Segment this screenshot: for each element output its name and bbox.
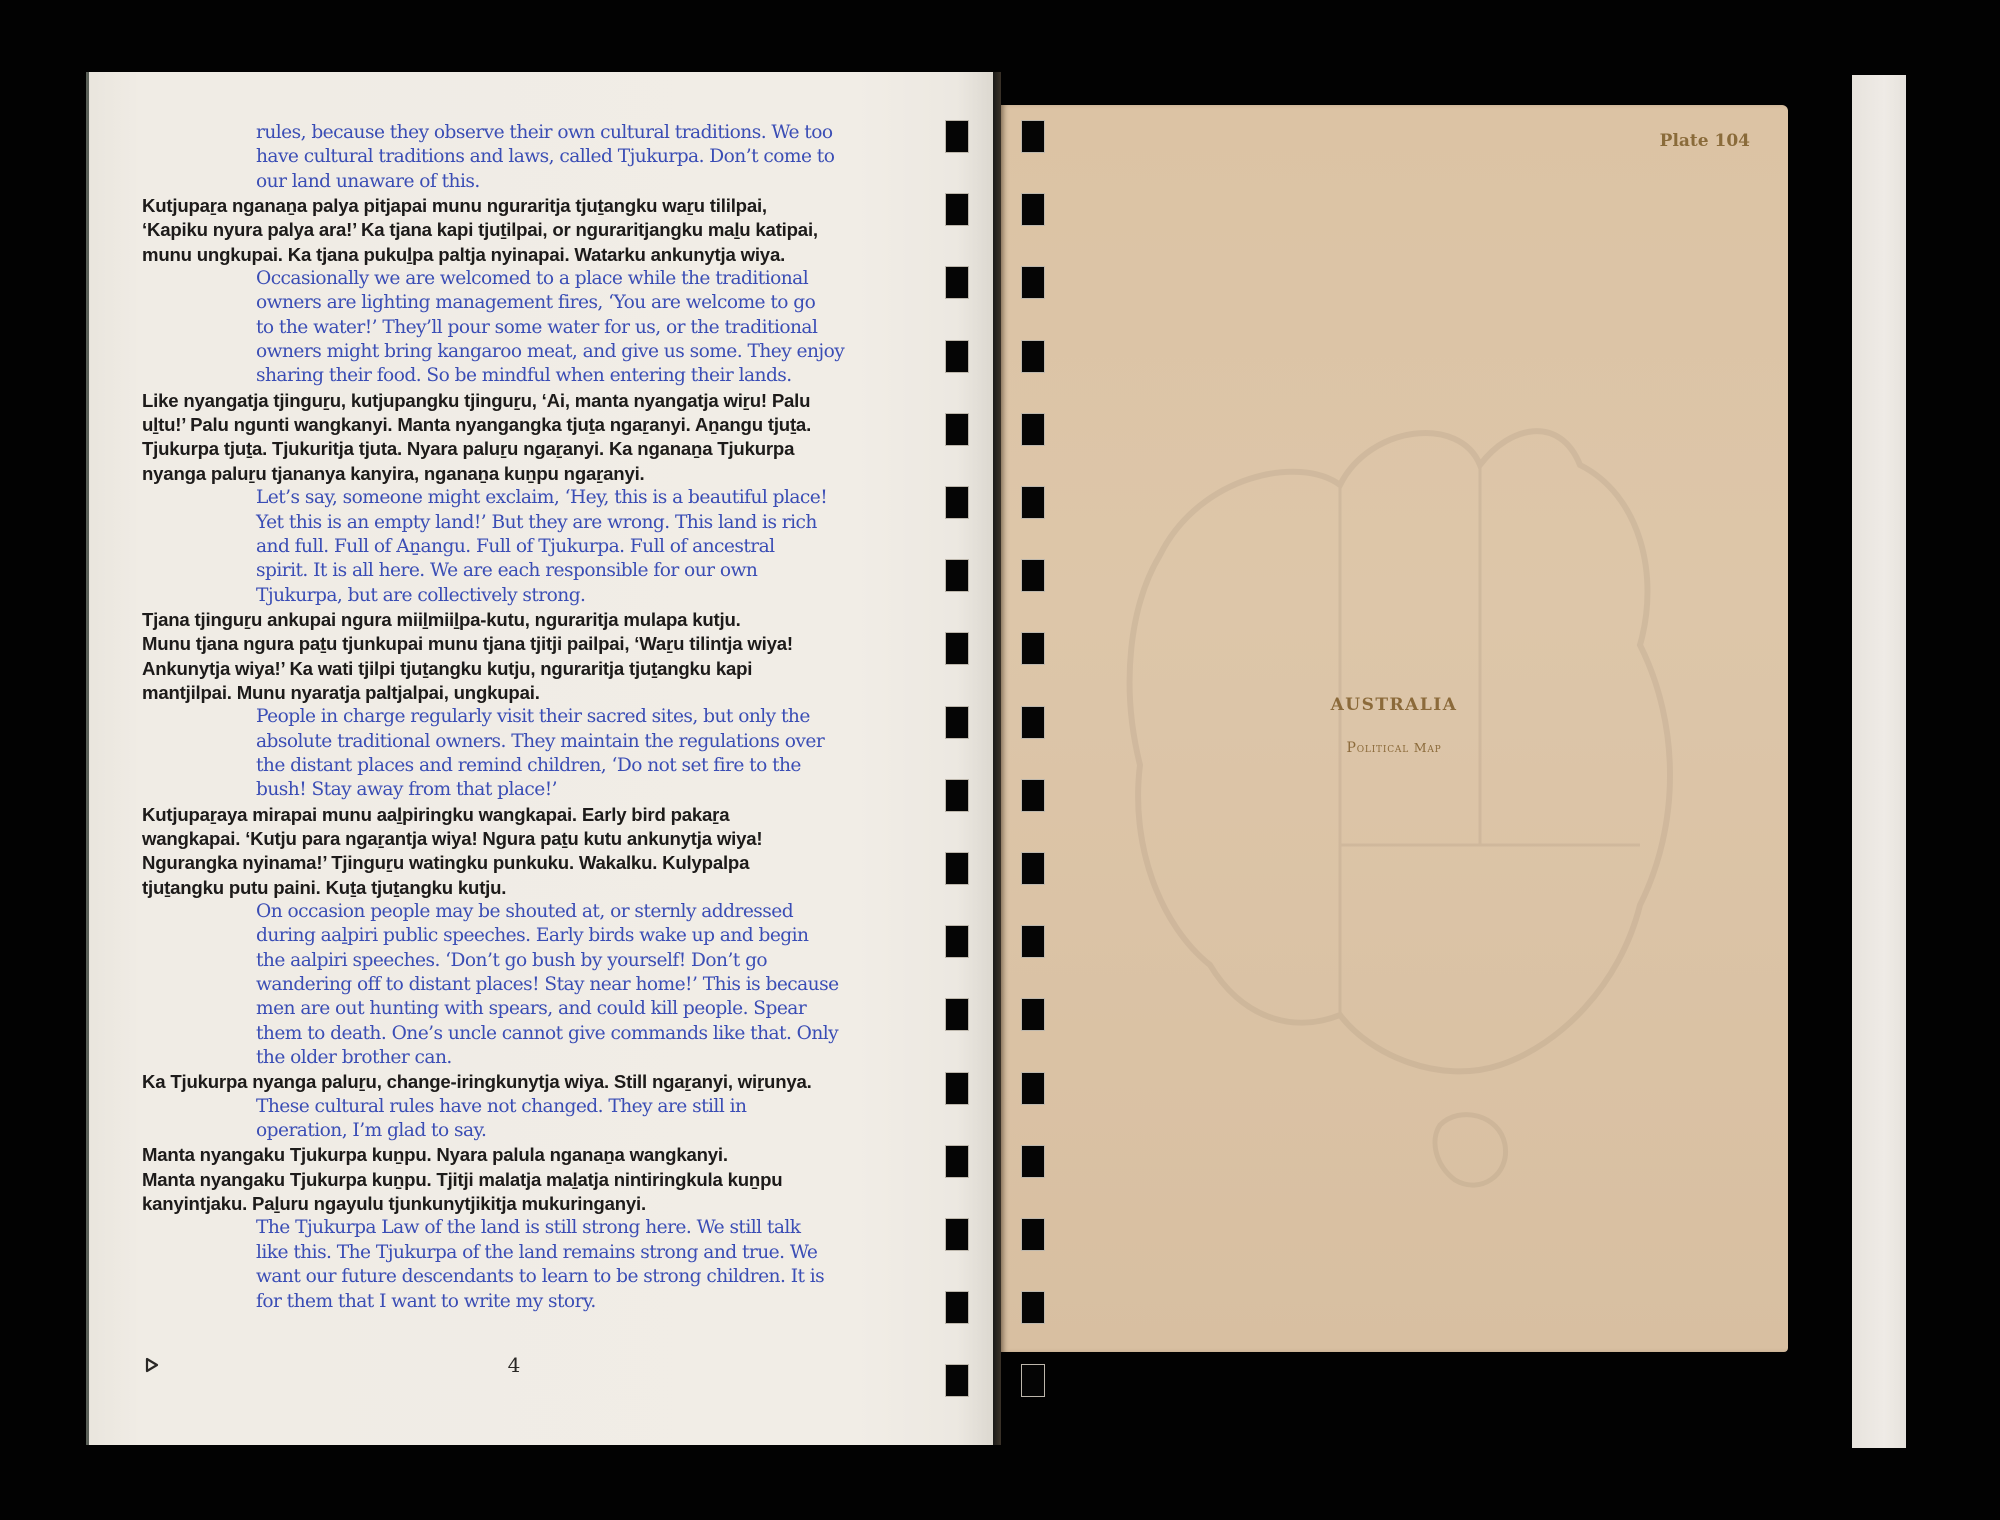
text-line: men are out hunting with spears, and cou…	[142, 997, 982, 1021]
text-line: wandering off to distant places! Stay ne…	[142, 973, 982, 997]
binding-hole	[946, 341, 968, 372]
text-line: owners might bring kangaroo meat, and gi…	[142, 340, 982, 364]
map-title: AUSTRALIA	[1000, 695, 1788, 715]
page-number: 4	[504, 1353, 524, 1377]
binding-hole	[946, 1365, 968, 1396]
english-paragraph: People in charge regularly visit their s…	[142, 705, 982, 802]
text-line: Tjukurpa, but are collectively strong.	[142, 584, 982, 608]
text-line: mantjilpai. Munu nyaratja paltjalpai, un…	[142, 681, 982, 705]
text-line: owners are lighting management fires, ‘Y…	[142, 291, 982, 315]
text-line: Yet this is an empty land!’ But they are…	[142, 511, 982, 535]
binding-hole	[1022, 1292, 1044, 1323]
binding-hole	[946, 560, 968, 591]
binding-hole	[946, 999, 968, 1030]
faint-map-outline	[1040, 225, 1740, 1305]
binding-hole	[1022, 414, 1044, 445]
text-line: want our future descendants to learn to …	[142, 1265, 982, 1289]
text-line: kanyintjaku. Paḻuru ngayulu tjunkunytjik…	[142, 1192, 982, 1216]
binding-hole	[946, 853, 968, 884]
text-line: Like nyangatja tjinguṟu, kutjupangku tji…	[142, 389, 982, 413]
text-line: Tjukurpa tjuṯa. Tjukuritja tjuta. Nyara …	[142, 437, 982, 461]
binding-hole	[946, 414, 968, 445]
binding-hole	[1022, 780, 1044, 811]
text-line: spirit. It is all here. We are each resp…	[142, 559, 982, 583]
text-line: tjuṯangku putu paini. Kuṯa tjuṯangku kut…	[142, 876, 982, 900]
binding-hole	[1022, 1146, 1044, 1177]
pitjantjatjara-paragraph: Ka Tjukurpa nyanga paluṟu, change-iringk…	[142, 1070, 982, 1094]
binding-hole	[946, 194, 968, 225]
text-line: Ankunytja wiya!’ Ka wati tjilpi tjuṯangk…	[142, 657, 982, 681]
triangle-right-outline-icon	[144, 1356, 160, 1374]
text-line: absolute traditional owners. They mainta…	[142, 730, 982, 754]
underlying-page-edge	[1852, 75, 1906, 1448]
pitjantjatjara-paragraph: Kutjupaṟaya mirapai munu aaḻpiringku wan…	[142, 803, 982, 900]
text-line: for them that I want to write my story.	[142, 1290, 982, 1314]
binding-hole	[946, 780, 968, 811]
map-subtitle: Political Map	[1000, 740, 1788, 756]
english-paragraph: Occasionally we are welcomed to a place …	[142, 267, 982, 389]
text-line: wangkapai. ‘Kutju para ngaṟantja wiya! N…	[142, 827, 982, 851]
text-line: Tjana tjinguṟu ankupai ngura miiḻmiiḻpa-…	[142, 608, 982, 632]
binding-hole	[946, 633, 968, 664]
text-line: the aalpiri speeches. ‘Don’t go bush by …	[142, 949, 982, 973]
text-line: the older brother can.	[142, 1046, 982, 1070]
text-line: Let’s say, someone might exclaim, ‘Hey, …	[142, 486, 982, 510]
text-line: and full. Full of Aṉangu. Full of Tjukur…	[142, 535, 982, 559]
binding-hole	[946, 1292, 968, 1323]
binding-hole	[1022, 560, 1044, 591]
pitjantjatjara-paragraph: Manta nyangaku Tjukurpa kuṉpu. Nyara pal…	[142, 1143, 982, 1216]
text-line: sharing their food. So be mindful when e…	[142, 364, 982, 388]
binding-hole	[1022, 926, 1044, 957]
text-line: Ka Tjukurpa nyanga paluṟu, change-iringk…	[142, 1070, 982, 1094]
english-paragraph: Let’s say, someone might exclaim, ‘Hey, …	[142, 486, 982, 608]
text-line: nyanga paluṟu tjananya kanyira, nganaṉa …	[142, 462, 982, 486]
binding-hole	[1022, 1073, 1044, 1104]
text-line: them to death. One’s uncle cannot give c…	[142, 1022, 982, 1046]
binding-hole	[946, 121, 968, 152]
binding-hole	[1022, 633, 1044, 664]
text-line: On occasion people may be shouted at, or…	[142, 900, 982, 924]
text-line: These cultural rules have not changed. T…	[142, 1095, 982, 1119]
text-line: Occasionally we are welcomed to a place …	[142, 267, 982, 291]
text-line: ‘Kapiku nyura palya ara!’ Ka tjana kapi …	[142, 218, 982, 242]
text-page: rules, because they observe their own cu…	[86, 72, 993, 1445]
binding-hole	[1022, 194, 1044, 225]
binding-hole	[1022, 707, 1044, 738]
text-line: Manta nyangaku Tjukurpa kuṉpu. Nyara pal…	[142, 1143, 982, 1167]
text-line: operation, I’m glad to say.	[142, 1119, 982, 1143]
binding-hole	[946, 707, 968, 738]
english-paragraph: rules, because they observe their own cu…	[142, 121, 982, 194]
text-line: during aaḻpiri public speeches. Early bi…	[142, 924, 982, 948]
text-line: bush! Stay away from that place!’	[142, 778, 982, 802]
text-line: Ngurangka nyinama!’ Tjinguṟu watingku pu…	[142, 851, 982, 875]
binding-hole	[946, 487, 968, 518]
binding-hole	[946, 1073, 968, 1104]
binding-hole	[1022, 121, 1044, 152]
english-paragraph: On occasion people may be shouted at, or…	[142, 900, 982, 1070]
binding-hole	[1022, 853, 1044, 884]
binding-hole	[1022, 1219, 1044, 1250]
pitjantjatjara-paragraph: Tjana tjinguṟu ankupai ngura miiḻmiiḻpa-…	[142, 608, 982, 705]
text-line: munu ungkupai. Ka tjana pukuḻpa paltja n…	[142, 243, 982, 267]
text-line: uḻtu!’ Palu ngunti wangkanyi. Manta nyan…	[142, 413, 982, 437]
text-line: the distant places and remind children, …	[142, 754, 982, 778]
pitjantjatjara-paragraph: Kutjupaṟa nganaṉa palya pitjapai munu ng…	[142, 194, 982, 267]
text-line: Kutjupaṟa nganaṉa palya pitjapai munu ng…	[142, 194, 982, 218]
binding-hole	[1022, 999, 1044, 1030]
bilingual-text-column: rules, because they observe their own cu…	[142, 121, 982, 1314]
map-plate-page: Plate 104 AUSTRALIA Political Map	[1000, 105, 1788, 1352]
plate-number-label: Plate 104	[1660, 131, 1750, 151]
text-line: have cultural traditions and laws, calle…	[142, 145, 982, 169]
binding-hole	[946, 1146, 968, 1177]
pitjantjatjara-paragraph: Like nyangatja tjinguṟu, kutjupangku tji…	[142, 389, 982, 486]
binding-hole	[946, 926, 968, 957]
binding-hole	[1022, 341, 1044, 372]
binding-hole	[946, 267, 968, 298]
binding-hole	[1022, 1365, 1044, 1396]
text-line: Manta nyangaku Tjukurpa kuṉpu. Tjitji ma…	[142, 1168, 982, 1192]
text-line: like this. The Tjukurpa of the land rema…	[142, 1241, 982, 1265]
binding-hole	[946, 1219, 968, 1250]
binding-gutter	[993, 72, 1001, 1445]
text-line: our land unaware of this.	[142, 170, 982, 194]
binding-hole	[1022, 267, 1044, 298]
text-line: Munu tjana ngura paṯu tjunkupai munu tja…	[142, 632, 982, 656]
text-line: to the water!’ They’ll pour some water f…	[142, 316, 982, 340]
english-paragraph: These cultural rules have not changed. T…	[142, 1095, 982, 1144]
binding-hole	[1022, 487, 1044, 518]
text-line: The Tjukurpa Law of the land is still st…	[142, 1216, 982, 1240]
text-line: rules, because they observe their own cu…	[142, 121, 982, 145]
text-line: Kutjupaṟaya mirapai munu aaḻpiringku wan…	[142, 803, 982, 827]
text-line: People in charge regularly visit their s…	[142, 705, 982, 729]
english-paragraph: The Tjukurpa Law of the land is still st…	[142, 1216, 982, 1313]
